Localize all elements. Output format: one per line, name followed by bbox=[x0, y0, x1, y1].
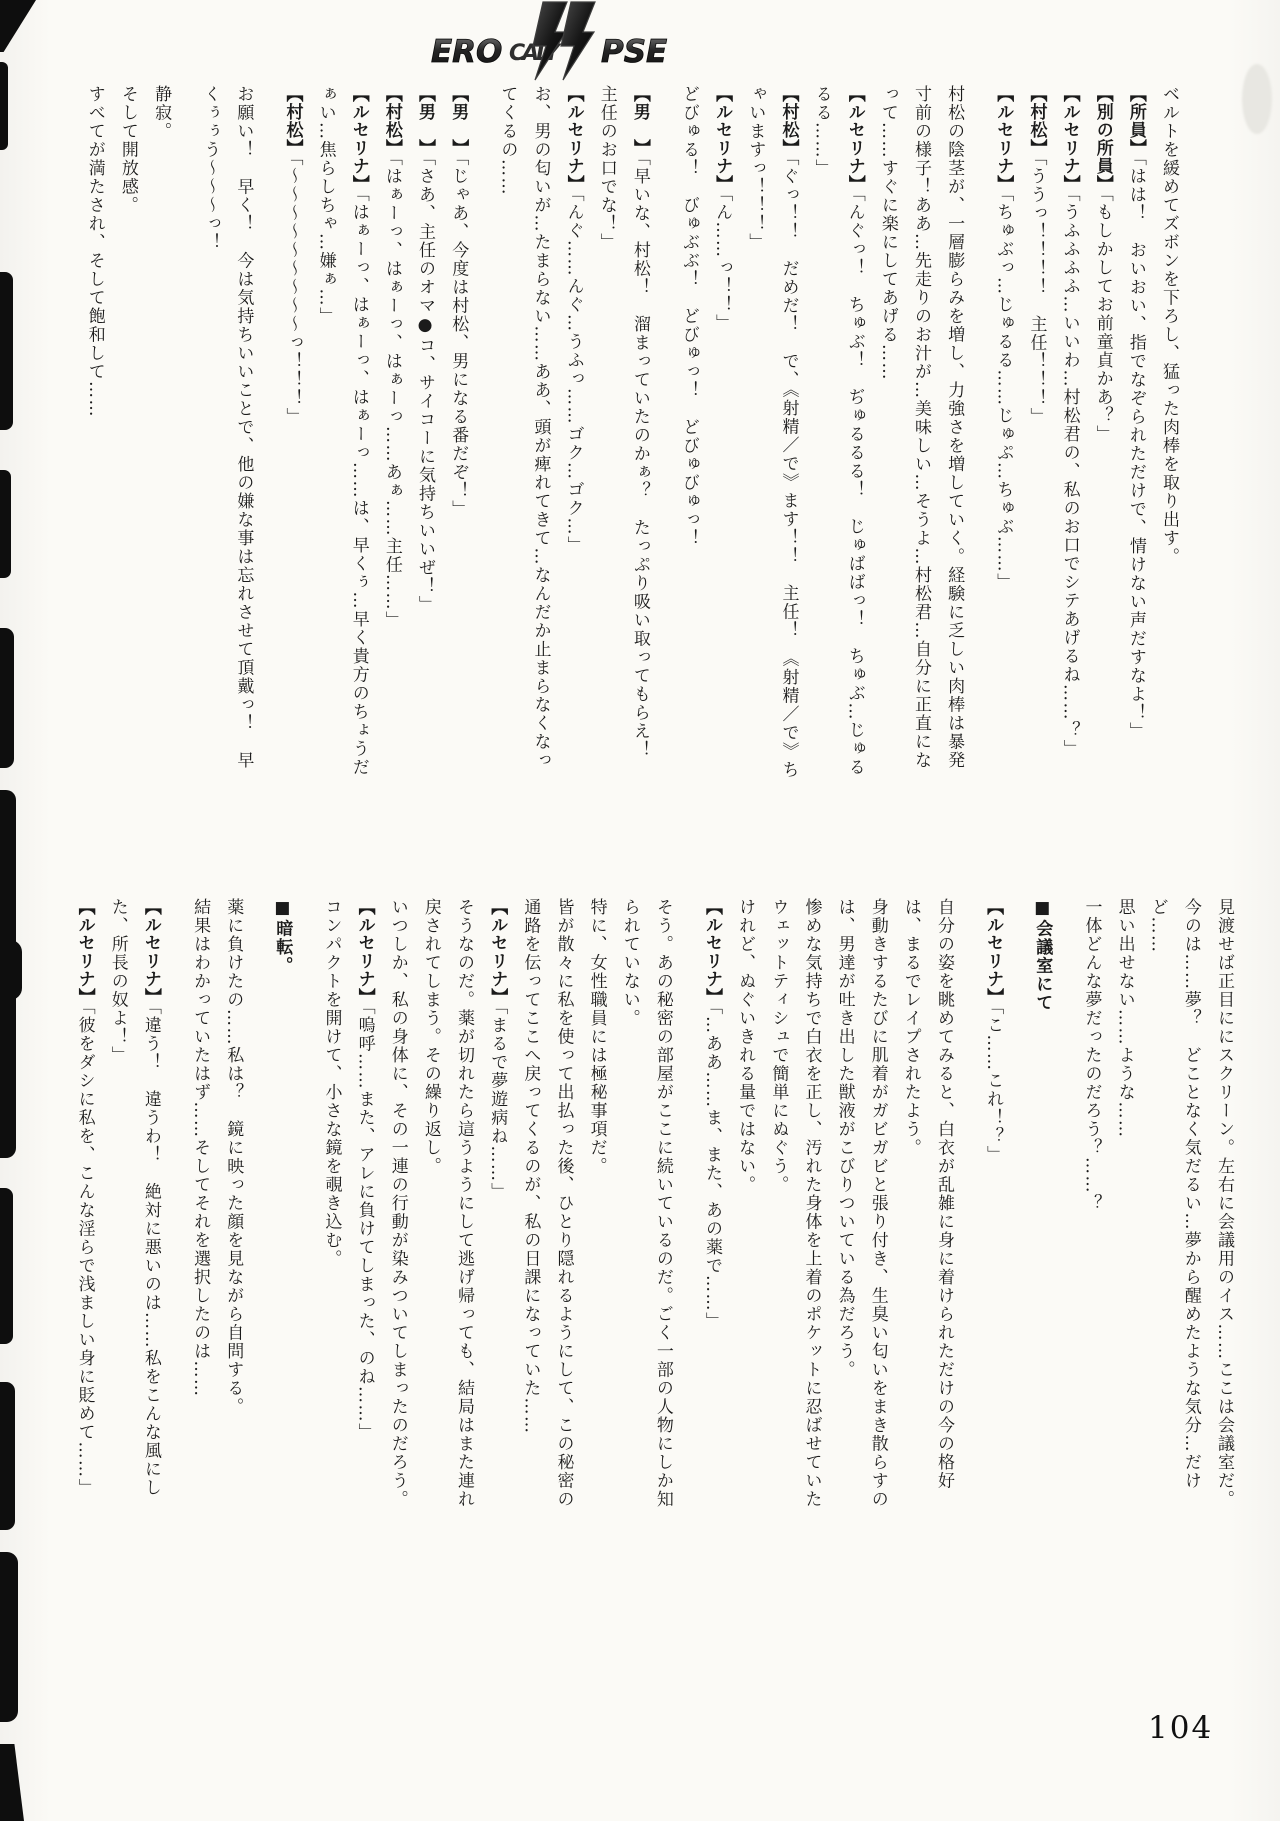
line-text: 特に、女性職員には極秘事項だ。 bbox=[587, 898, 607, 1176]
dialogue-line: 【男 】「さあ、主任のオマ●コ、サイコーに気持ちいいぜ！」 bbox=[408, 85, 441, 785]
line-text: 惨めな気持ちで白衣を正し、汚れた身体を上着のポケットに忍ばせていたウェットティシ… bbox=[768, 898, 821, 1509]
speaker-label: 【所員】 bbox=[1126, 85, 1146, 157]
narration-line: いつしか、私の身体に、その一連の行動が染みついてしまったのだろう。 bbox=[381, 898, 414, 1518]
line-text: 薬に負けたの……私は？ 鏡に映った顔を見ながら自問する。 bbox=[223, 898, 243, 1416]
dialogue-line: 【ルセリナ】「…ああ……ま、また、あの薬で……」 bbox=[695, 898, 728, 1518]
dialogue-line: 【村松】「～～～～～～～～～っ！！！」 bbox=[275, 85, 308, 785]
dialogue-line: 【ルセリナ】「はぁーっ、はぁーっ、はぁーっ……は、早くぅ…早く貴方のちょうだぁい… bbox=[308, 85, 374, 785]
line-text: 「はぁーっ、はぁーっ、はぁーっ……あぁ……主任……」 bbox=[382, 157, 402, 630]
eroclypse-logo-graphic: ERO CALY PSE bbox=[425, 0, 675, 84]
speaker-label: 【村松】 bbox=[778, 85, 798, 157]
dialogue-line: 【ルセリナ】「んぐっ！ ちゅぶ！ ぢゅるるる！ じゅばばっ！ ちゅぶ…じゅるるる… bbox=[804, 85, 870, 785]
dialogue-line: 【ルセリナ】「こ……これ！？」 bbox=[976, 898, 1009, 1518]
narration-line: すべてが満たされ、そして飽和して…… bbox=[78, 85, 111, 785]
dialogue-line: 【ルセリナ】「うふふふふ…いいわ…村松君の、私のお口でシテあげるね……？」 bbox=[1052, 85, 1085, 785]
line-text: 「ぐっ！！ だめだ！ で、《射精／で》ます！！ 主任！ 《射精／で》ちゃいますっ… bbox=[745, 85, 798, 779]
line-text: 「こ……これ！？」 bbox=[983, 1006, 1003, 1164]
speaker-label: 【ルセリナ】 bbox=[564, 85, 584, 193]
line-text: 静寂。 bbox=[151, 85, 171, 141]
narration-line: そうなのだ。薬が切れたら這うようにして逃げ帰っても、結局はまた連れ戻されてしまう… bbox=[414, 898, 480, 1518]
narration-line: 特に、女性職員には極秘事項だ。 bbox=[579, 898, 612, 1518]
dialogue-line: 【男 】「じゃあ、今度は村松、男になる番だぞ！」 bbox=[441, 85, 474, 785]
narration-line: 薬に負けたの……私は？ 鏡に映った顔を見ながら自問する。 bbox=[216, 898, 249, 1518]
line-text: 自分の姿を眺めてみると、白衣が乱雑に身に着けられただけの今の格好は、まるでレイプ… bbox=[901, 898, 954, 1490]
binding-mark bbox=[0, 1552, 18, 1722]
line-text: 「もしかしてお前童貞かあ？」 bbox=[1093, 193, 1113, 444]
speaker-label: 【ルセリナ】 bbox=[845, 85, 865, 193]
line-text: コンパクトを開けて、小さな鏡を覗き込む。 bbox=[321, 898, 341, 1268]
narration-line: ベルトを緩めてズボンを下ろし、猛った肉棒を取り出す。 bbox=[1152, 85, 1185, 785]
line-text: 「早いな、村松！ 溜まっていたのかぁ？ たっぷり吸い取ってもらえ！ 主任のお口で… bbox=[597, 85, 650, 778]
line-text: 「はは！ おいおい、指でなぞられただけで、情けない声だすなよ！」 bbox=[1126, 157, 1146, 741]
speaker-label: 【ルセリナ】 bbox=[712, 85, 732, 193]
narration-line: 惨めな気持ちで白衣を正し、汚れた身体を上着のポケットに忍ばせていたウェットティシ… bbox=[761, 898, 827, 1518]
line-text: 「ちゅぶっ…じゅるる……じゅぷ…ちゅぶ……」 bbox=[993, 193, 1013, 592]
line-text: 一体どんな夢だったのだろう？……？ bbox=[1081, 898, 1101, 1213]
line-text: お、男の匂いが…たまらない……ああ、頭が痺れてきて…なんだか止まらなくなってくる… bbox=[497, 85, 550, 770]
dialogue-line: 【男 】「早いな、村松！ 溜まっていたのかぁ？ たっぷり吸い取ってもらえ！ 主任… bbox=[590, 85, 656, 785]
dialogue-line: 【ルセリナ】「ん……っ！！」 bbox=[705, 85, 738, 785]
narration-line: お、男の匂いが…たまらない……ああ、頭が痺れてきて…なんだか止まらなくなってくる… bbox=[490, 85, 556, 785]
narration-line: 結果はわかっていたはず……そしてそれを選択したのは…… bbox=[183, 898, 216, 1518]
binding-mark bbox=[0, 62, 8, 150]
narration-line: 村松の陰茎が、一層膨らみを増し、力強さを増していく。経験に乏しい肉棒は暴発寸前の… bbox=[871, 85, 970, 785]
speaker-label: 【村松】 bbox=[1026, 85, 1046, 157]
narration-line: 皆が散々に私を使って出払った後、ひとり隠れるようにして、この秘密の通路を伝ってこ… bbox=[513, 898, 579, 1518]
line-text: すべてが満たされ、そして飽和して…… bbox=[85, 85, 105, 418]
narration-line: 今のは……夢？ どことなく気だるい…夢から醒めたような気分…だけど…… bbox=[1141, 898, 1207, 1518]
binding-mark bbox=[0, 1382, 15, 1530]
narration-line: ■会議室にて bbox=[1025, 898, 1058, 1518]
speaker-label: 【村松】 bbox=[282, 85, 302, 157]
script-block-upper: ベルトを緩めてズボンを下ろし、猛った肉棒を取り出す。【所員】「はは！ おいおい、… bbox=[100, 85, 1185, 785]
dialogue-line: 【ルセリナ】「違う！ 違うわ！ 絶対に悪いのは……私をこんな風にした、所長の奴よ… bbox=[101, 898, 167, 1518]
line-text: 「嗚呼……また、アレに負けてしまった、のね……」 bbox=[355, 1006, 375, 1442]
line-text: ■暗転。 bbox=[272, 898, 292, 975]
narration-line: 身動きするたびに肌着がガビガビと張り付き、生臭い匂いをまき散らすのは、男達が吐き… bbox=[827, 898, 893, 1518]
speaker-label: 【ルセリナ】 bbox=[141, 898, 161, 1006]
speaker-label: 【ルセリナ】 bbox=[355, 898, 375, 1006]
line-text: そして開放感。 bbox=[118, 85, 138, 215]
narration-line: お願い！ 早く！ 今は気持ちいいことで、他の嫌な事は忘れさせて頂戴っ！ 早くぅぅ… bbox=[193, 85, 259, 785]
line-text: 思い出せない……ような…… bbox=[1115, 898, 1135, 1139]
line-text: 「じゃあ、今度は村松、男になる番だぞ！」 bbox=[448, 157, 468, 519]
narration-line: 自分の姿を眺めてみると、白衣が乱雑に身に着けられただけの今の格好は、まるでレイプ… bbox=[894, 898, 960, 1518]
dialogue-line: 【ルセリナ】「んぐ……んぐ…うふっ……ゴク…ゴク…」 bbox=[556, 85, 589, 785]
script-block-lower: 見渡せば正目ににスクリーン。左右に会議用のイス……ここは会議室だ。今のは……夢？… bbox=[90, 898, 1240, 1518]
line-text: 「彼をダシに私を、こんな淫らで浅ましい身に貶めて……」 bbox=[75, 1006, 95, 1497]
speaker-label: 【ルセリナ】 bbox=[983, 898, 1003, 1006]
binding-mark bbox=[0, 470, 11, 578]
narration-line: 見渡せば正目ににスクリーン。左右に会議用のイス……ここは会議室だ。 bbox=[1207, 898, 1240, 1518]
line-text: いつしか、私の身体に、その一連の行動が染みついてしまったのだろう。 bbox=[388, 898, 408, 1509]
speaker-label: 【別の所員】 bbox=[1093, 85, 1113, 193]
dialogue-line: 【所員】「はは！ おいおい、指でなぞられただけで、情けない声だすなよ！」 bbox=[1119, 85, 1152, 785]
speaker-label: 【男 】 bbox=[415, 85, 435, 157]
narration-line: けれど、ぬぐいきれる量ではない。 bbox=[728, 898, 761, 1518]
line-text: 見渡せば正目ににスクリーン。左右に会議用のイス……ここは会議室だ。 bbox=[1214, 898, 1234, 1509]
dialogue-line: 【別の所員】「もしかしてお前童貞かあ？」 bbox=[1086, 85, 1119, 785]
dialogue-line: 【ルセリナ】「まるで夢遊病ね……」 bbox=[480, 898, 513, 1518]
narration-line: ■暗転。 bbox=[265, 898, 298, 1518]
line-text: ベルトを緩めてズボンを下ろし、猛った肉棒を取り出す。 bbox=[1159, 85, 1179, 566]
line-text: 村松の陰茎が、一層膨らみを増し、力強さを増していく。経験に乏しい肉棒は暴発寸前の… bbox=[878, 85, 964, 770]
narration-line: 静寂。 bbox=[144, 85, 177, 785]
line-text: そう。あの秘密の部屋がここに続いているのだ。ごく一部の人物にしか知られていない。 bbox=[620, 898, 673, 1509]
line-text: 「…ああ……ま、また、あの薬で……」 bbox=[702, 1006, 722, 1331]
line-text: 「～～～～～～～～～っ！！！」 bbox=[282, 157, 302, 426]
page-number: 104 bbox=[1148, 1710, 1213, 1746]
line-text: 「まるで夢遊病ね……」 bbox=[487, 1006, 507, 1201]
line-text: どびゅる！ びゅぶぶ！ どびゅっ！ どびゅびゅっ！ bbox=[679, 85, 699, 548]
speaker-label: 【ルセリナ】 bbox=[993, 85, 1013, 193]
speaker-label: 【ルセリナ】 bbox=[349, 85, 369, 193]
narration-line: どびゅる！ びゅぶぶ！ どびゅっ！ どびゅびゅっ！ bbox=[672, 85, 705, 785]
speaker-label: 【ルセリナ】 bbox=[75, 898, 95, 1006]
line-text: 「さあ、主任のオマ●コ、サイコーに気持ちいいぜ！」 bbox=[415, 157, 435, 614]
narration-line: コンパクトを開けて、小さな鏡を覗き込む。 bbox=[314, 898, 347, 1518]
dialogue-line: 【ルセリナ】「嗚呼……また、アレに負けてしまった、のね……」 bbox=[347, 898, 380, 1518]
binding-mark bbox=[0, 628, 14, 768]
line-text: そうなのだ。薬が切れたら這うようにして逃げ帰っても、結局はまた連れ戻されてしまう… bbox=[421, 898, 474, 1509]
speaker-label: 【ルセリナ】 bbox=[702, 898, 722, 1006]
line-text: ■会議室にて bbox=[1032, 898, 1052, 1012]
line-text: 皆が散々に私を使って出払った後、ひとり隠れるようにして、この秘密の通路を伝ってこ… bbox=[520, 898, 573, 1509]
dialogue-line: 【村松】「ぐっ！！ だめだ！ で、《射精／で》ます！！ 主任！ 《射精／で》ちゃ… bbox=[738, 85, 804, 785]
speaker-label: 【ルセリナ】 bbox=[487, 898, 507, 1006]
speaker-label: 【男 】 bbox=[448, 85, 468, 157]
scan-smudge bbox=[1242, 64, 1272, 134]
logo-text-left: ERO bbox=[431, 34, 502, 70]
narration-line: そう。あの秘密の部屋がここに続いているのだ。ごく一部の人物にしか知られていない。 bbox=[613, 898, 679, 1518]
dialogue-line: 【ルセリナ】「彼をダシに私を、こんな淫らで浅ましい身に貶めて……」 bbox=[68, 898, 101, 1518]
lightning-bolt-icon bbox=[533, 2, 595, 80]
line-text: 身動きするたびに肌着がガビガビと張り付き、生臭い匂いをまき散らすのは、男達が吐き… bbox=[835, 898, 888, 1509]
logo: ERO CALY PSE bbox=[425, 0, 675, 84]
line-text: 「うふふふふ…いいわ…村松君の、私のお口でシテあげるね……？」 bbox=[1060, 193, 1080, 758]
line-text: 結果はわかっていたはず……そしてそれを選択したのは…… bbox=[190, 898, 210, 1398]
dialogue-line: 【ルセリナ】「ちゅぶっ…じゅるる……じゅぷ…ちゅぶ……」 bbox=[986, 85, 1019, 785]
speaker-label: 【ルセリナ】 bbox=[1060, 85, 1080, 193]
line-text: 「ん……っ！！」 bbox=[712, 193, 732, 333]
binding-mark bbox=[0, 0, 36, 52]
narration-line: 思い出せない……ような…… bbox=[1107, 898, 1140, 1518]
speaker-label: 【男 】 bbox=[630, 85, 650, 157]
line-text: 今のは……夢？ どことなく気だるい…夢から醒めたような気分…だけど…… bbox=[1148, 898, 1201, 1490]
line-text: お願い！ 早く！ 今は気持ちいいことで、他の嫌な事は忘れさせて頂戴っ！ 早くぅぅ… bbox=[200, 85, 253, 770]
line-text: 「ううっ！！！！ 主任！！！」 bbox=[1026, 157, 1046, 426]
binding-mark bbox=[0, 1744, 24, 1821]
binding-mark bbox=[0, 940, 22, 1000]
dialogue-line: 【村松】「ううっ！！！！ 主任！！！」 bbox=[1019, 85, 1052, 785]
dialogue-line: 【村松】「はぁーっ、はぁーっ、はぁーっ……あぁ……主任……」 bbox=[375, 85, 408, 785]
line-text: けれど、ぬぐいきれる量ではない。 bbox=[735, 898, 755, 1194]
page: ERO CALY PSE ベルトを緩めてズボンを下ろし、猛った肉棒を取り出す。【… bbox=[0, 0, 1280, 1821]
line-text: 「んぐ……んぐ…うふっ……ゴク…ゴク…」 bbox=[564, 193, 584, 555]
binding-mark bbox=[0, 1188, 13, 1344]
narration-line: そして開放感。 bbox=[111, 85, 144, 785]
narration-line: 一体どんな夢だったのだろう？……？ bbox=[1074, 898, 1107, 1518]
speaker-label: 【村松】 bbox=[382, 85, 402, 157]
binding-mark bbox=[0, 272, 13, 430]
logo-text-right: PSE bbox=[601, 34, 667, 70]
